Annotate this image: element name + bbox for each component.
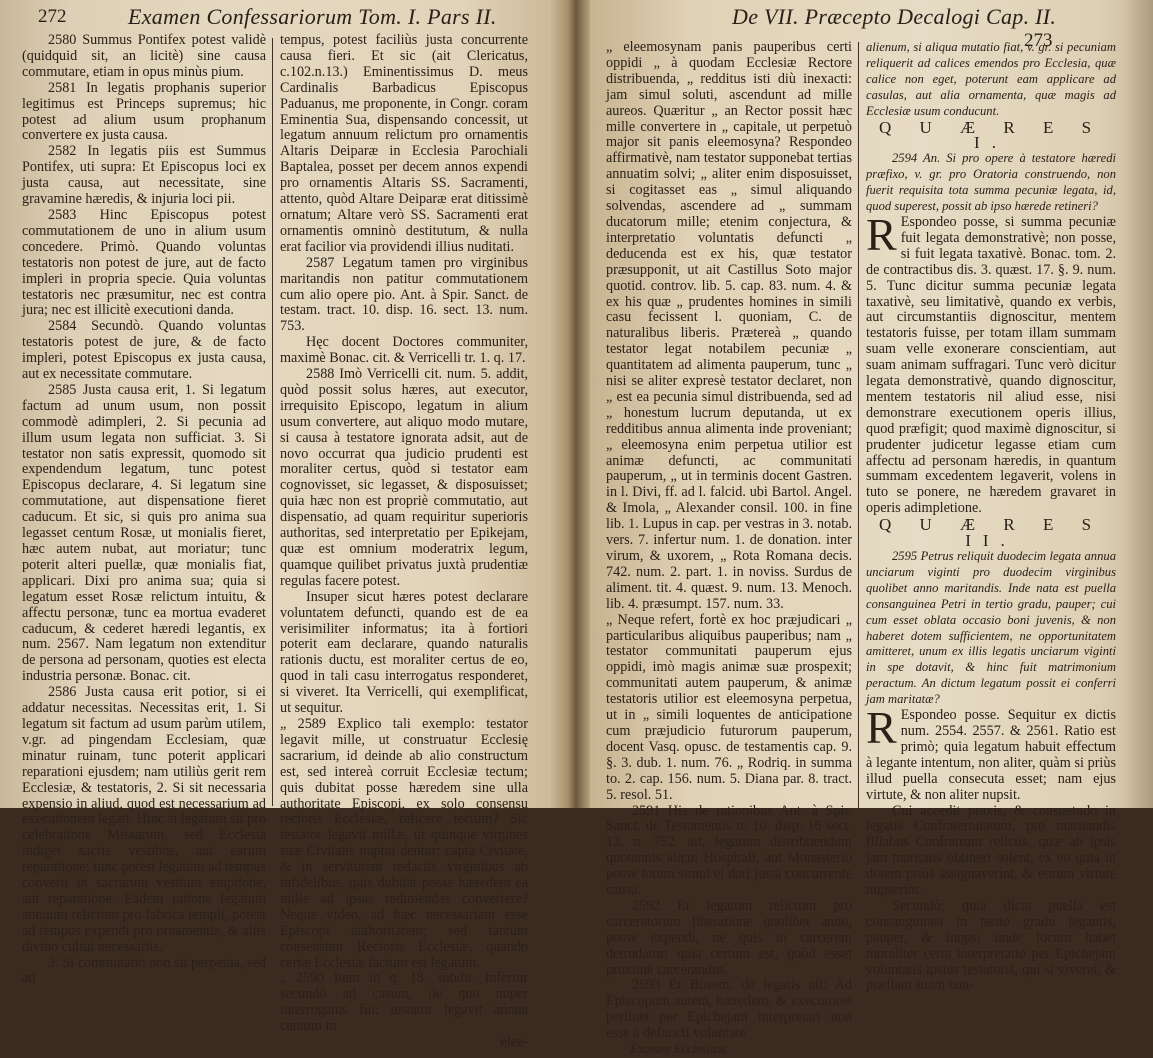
right-column-1: „ eleemosynam panis pauperibus certi opp… — [606, 40, 852, 808]
paragraph-2591: 2591 His de rationibus Ant. à Spir. Sanc… — [606, 804, 852, 809]
right-page: De VII. Præcepto Decalogi Cap. II. 273 „… — [576, 0, 1153, 808]
paragraph-2582: 2582 In legatis piis est Summus Pontifex… — [22, 144, 266, 208]
column-rule — [858, 42, 859, 808]
paragraph-cui-accedit: Cui accedit praxis, & consuetudo in lega… — [866, 804, 1116, 809]
page-edge-shadow — [1123, 0, 1153, 808]
running-head: Examen Confessariorum Tom. I. Pars II. — [128, 4, 497, 30]
paragraph-alienum: alienum, si aliqua mutatio fiat, v. gr. … — [866, 40, 1116, 120]
paragraph-2583: 2583 Hinc Episcopus potest commutationem… — [22, 208, 266, 319]
answer-text: Espondeo posse. Sequitur ex dictis num. … — [866, 707, 1116, 803]
paragraph-tempus: tempus, potest faciliùs justa concurrent… — [280, 33, 528, 256]
quaeres-2-question: 2595 Petrus reliquit duodecim legata ann… — [866, 549, 1116, 708]
running-head: De VII. Præcepto Decalogi Cap. II. — [732, 4, 1056, 30]
column-rule — [272, 38, 273, 806]
drop-cap: R — [866, 217, 897, 253]
paragraph-2581: 2581 In legatis prophanis superior legit… — [22, 81, 266, 145]
drop-cap: R — [866, 710, 897, 746]
paragraph-haec-docent: Hęc docent Doctores communiter, maximè B… — [280, 335, 528, 367]
left-column-2: tempus, potest faciliùs justa concurrent… — [280, 33, 528, 808]
quaeres-2-heading: Q U Æ R E S II. — [866, 517, 1116, 549]
paragraph-2584: 2584 Secundò. Quando voluntas testatoris… — [22, 319, 266, 383]
gutter-shadow — [576, 0, 590, 808]
left-column-1: 2580 Summus Pontifex potest validè (quid… — [22, 33, 266, 808]
paragraph-2587: 2587 Legatum tamen pro virginibus marita… — [280, 256, 528, 336]
paragraph-2588: 2588 Imò Verricelli cit. num. 5. addit, … — [280, 367, 528, 590]
paragraph-2589: „ 2589 Explico tali exemplo: testator le… — [280, 717, 528, 808]
paragraph-2580: 2580 Summus Pontifex potest validè (quid… — [22, 33, 266, 81]
quaeres-1-answer: REspondeo posse, si summa pecuniæ fuit l… — [866, 215, 1116, 517]
paragraph-2586: 2586 Justa causa erit potior, si ei adda… — [22, 685, 266, 808]
paragraph-neque-refert: „ Neque refert, fortè ex hoc præjudicari… — [606, 613, 852, 804]
page-number: 272 — [38, 6, 67, 28]
book-spread: 272 Examen Confessariorum Tom. I. Pars I… — [0, 0, 1153, 808]
quaeres-2-answer: REspondeo posse. Sequitur ex dictis num.… — [866, 708, 1116, 803]
paragraph-insuper: Insuper sicut hæres potest declarare vol… — [280, 590, 528, 717]
quaeres-1-question: 2594 An. Si pro opere à testatore hæredi… — [866, 151, 1116, 215]
paragraph-2585: 2585 Justa causa erit, 1. Si legatum fac… — [22, 383, 266, 685]
paragraph-eleemosynam: „ eleemosynam panis pauperibus certi opp… — [606, 40, 852, 613]
quaeres-1-heading: Q U Æ R E S I. — [866, 120, 1116, 152]
answer-text: Espondeo posse, si summa pecuniæ fuit le… — [866, 214, 1116, 516]
left-page: 272 Examen Confessariorum Tom. I. Pars I… — [0, 0, 576, 808]
right-column-2: alienum, si aliqua mutatio fiat, v. gr. … — [866, 40, 1116, 808]
gutter-shadow — [548, 0, 576, 808]
